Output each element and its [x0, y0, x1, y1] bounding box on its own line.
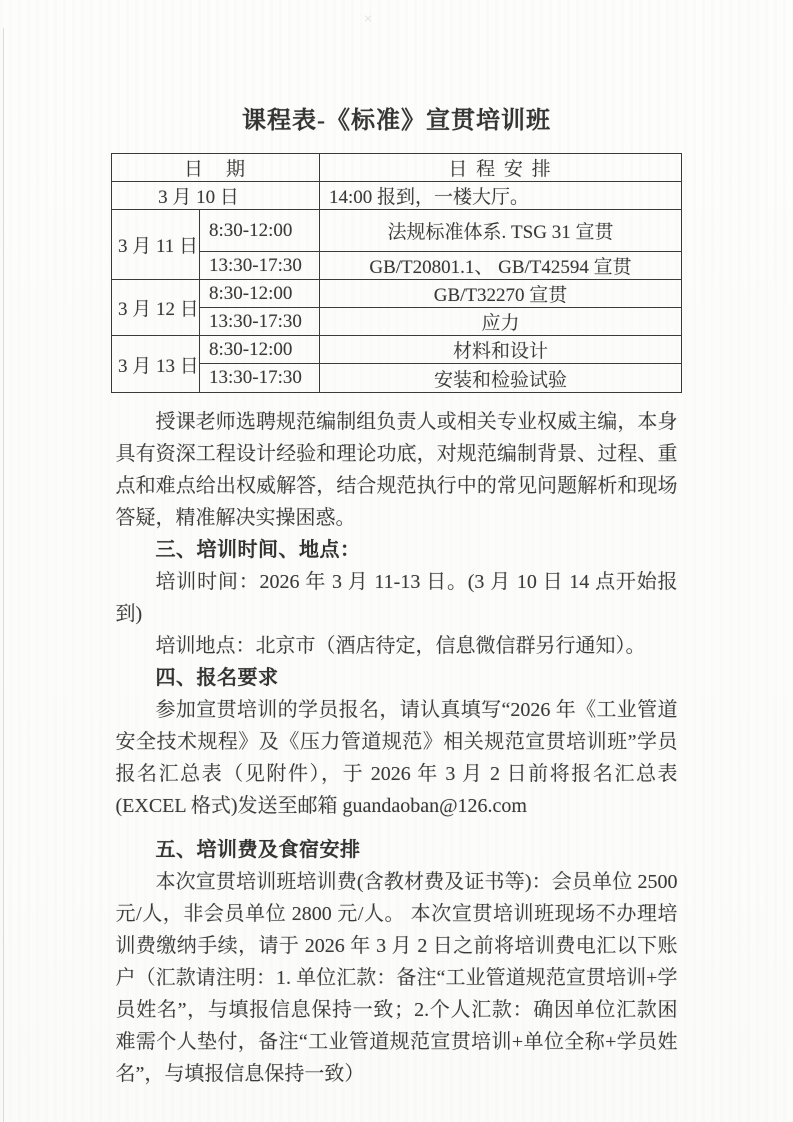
section4-heading: 四、报名要求 [116, 662, 678, 694]
section3-heading: 三、培训时间、地点： [116, 534, 678, 566]
table-row: 3 月 12 日 8:30-12:00 GB/T32270 宣贯 [111, 280, 681, 308]
checkin-row: 3 月 10 日 14:00 报到，一楼大厅。 [111, 182, 681, 210]
training-location-line: 培训地点：北京市（酒店待定，信息微信群另行通知）。 [116, 630, 678, 662]
scan-edge-line [3, 28, 4, 1122]
training-time-line: 培训时间：2026 年 3 月 11-13 日。(3 月 10 日 14 点开始… [116, 566, 678, 630]
fee-paragraph: 本次宣贯培训班培训费(含教材费及证书等)：会员单位 2500 元/人，非会员单位… [116, 866, 678, 1090]
session-agenda-cell: GB/T20801.1、 GB/T42594 宣贯 [320, 252, 682, 280]
session-agenda-cell: 材料和设计 [320, 336, 682, 364]
session-agenda-cell: 安装和检验试验 [320, 364, 682, 393]
section5-heading: 五、培训费及食宿安排 [116, 834, 678, 866]
day-date-cell: 3 月 11 日 [111, 210, 199, 280]
day-date-cell: 3 月 12 日 [111, 280, 199, 336]
session-time-cell: 8:30-12:00 [199, 210, 319, 252]
scan-artifact-mark [364, 14, 372, 22]
session-time-cell: 8:30-12:00 [199, 336, 319, 364]
page-title: 课程表-《标准》宣贯培训班 [0, 100, 793, 135]
table-header-row: 日 期 日 程 安 排 [111, 154, 681, 182]
registration-paragraph: 参加宣贯培训的学员报名，请认真填写“2026 年《工业管道安全技术规程》及《压力… [116, 694, 678, 822]
session-time-cell: 13:30-17:30 [199, 364, 319, 393]
session-agenda-cell: 应力 [320, 308, 682, 336]
table-row: 3 月 13 日 8:30-12:00 材料和设计 [111, 336, 681, 364]
header-agenda-cell: 日 程 安 排 [320, 154, 682, 182]
teacher-intro-paragraph: 授课老师选聘规范编制组负责人或相关专业权威主编，本身具有资深工程设计经验和理论功… [116, 406, 678, 534]
day-date-cell: 3 月 13 日 [111, 336, 199, 393]
session-time-cell: 13:30-17:30 [199, 308, 319, 336]
checkin-date-cell: 3 月 10 日 [111, 182, 319, 210]
session-time-cell: 8:30-12:00 [199, 280, 319, 308]
session-agenda-cell: GB/T32270 宣贯 [320, 280, 682, 308]
header-date-cell: 日 期 [111, 154, 319, 182]
checkin-agenda-cell: 14:00 报到，一楼大厅。 [320, 182, 682, 210]
session-time-cell: 13:30-17:30 [199, 252, 319, 280]
document-page: 课程表-《标准》宣贯培训班 日 期 日 程 安 排 3 月 10 日 14:00… [0, 0, 793, 1122]
schedule-table: 日 期 日 程 安 排 3 月 10 日 14:00 报到，一楼大厅。 3 月 … [111, 153, 682, 393]
document-body: 授课老师选聘规范编制组负责人或相关专业权威主编，本身具有资深工程设计经验和理论功… [116, 406, 678, 1090]
session-agenda-cell: 法规标准体系. TSG 31 宣贯 [320, 210, 682, 252]
table-row: 3 月 11 日 8:30-12:00 法规标准体系. TSG 31 宣贯 [111, 210, 681, 252]
